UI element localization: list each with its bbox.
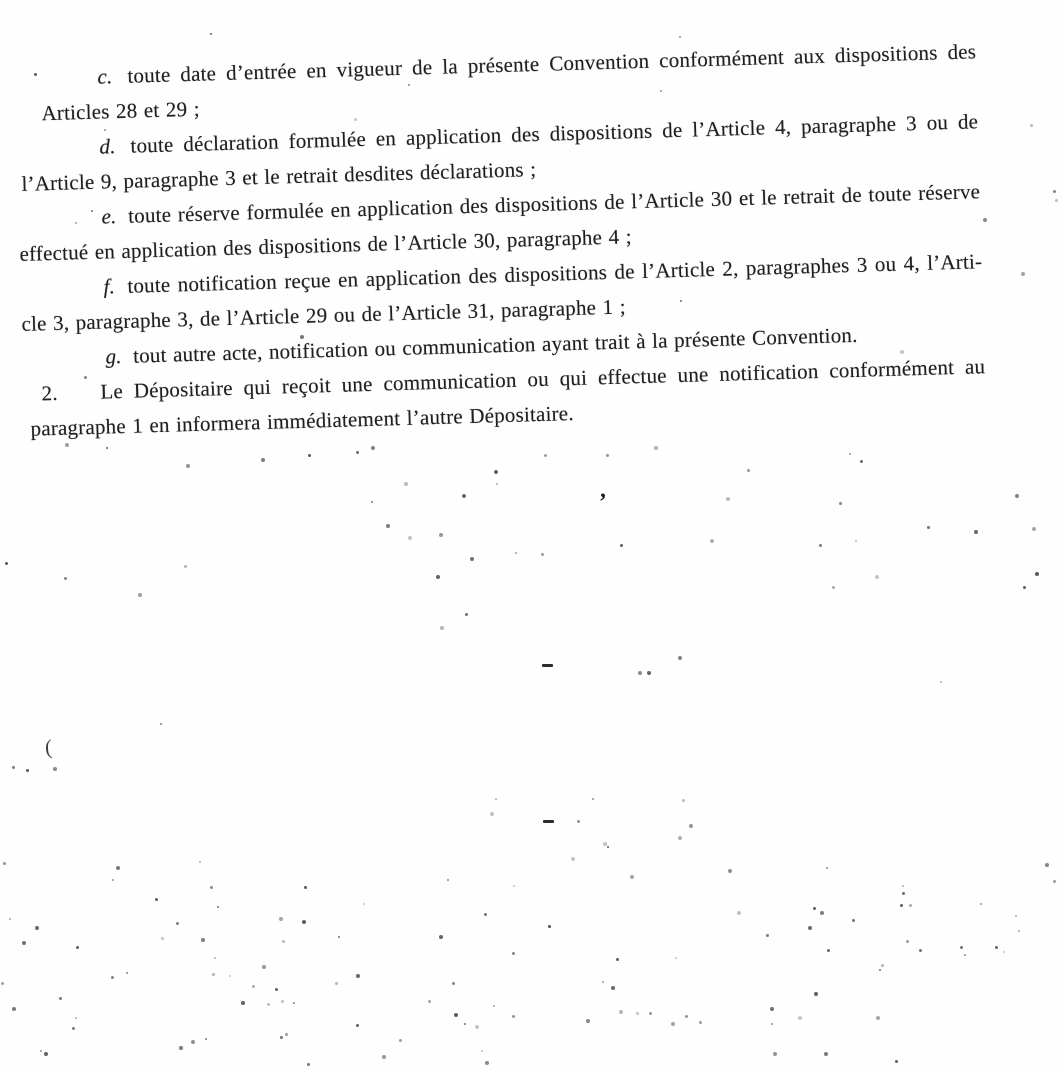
noise-speck (849, 453, 851, 455)
noise-speck (548, 925, 551, 928)
noise-speck (1055, 199, 1058, 202)
noise-speck (490, 812, 494, 816)
noise-speck (440, 626, 444, 630)
noise-speck (302, 920, 306, 924)
noise-speck (654, 446, 658, 450)
noise-speck (909, 904, 912, 907)
noise-speck (307, 1063, 310, 1066)
stray-dash-mark (543, 820, 554, 823)
noise-speck (293, 1002, 295, 1004)
noise-speck (611, 986, 615, 990)
noise-speck (900, 350, 904, 354)
noise-speck (808, 926, 812, 930)
noise-speck (726, 497, 730, 501)
noise-speck (819, 544, 822, 547)
noise-speck (638, 671, 642, 675)
noise-speck (495, 798, 497, 800)
noise-speck (895, 1060, 898, 1063)
noise-speck (436, 575, 440, 579)
noise-speck (428, 1000, 431, 1003)
noise-speck (65, 443, 69, 447)
noise-speck (630, 875, 634, 879)
noise-speck (680, 300, 682, 302)
noise-speck (607, 846, 609, 848)
noise-speck (544, 454, 547, 457)
noise-speck (699, 1021, 702, 1024)
stray-apostrophe-mark: ’ (599, 490, 607, 513)
noise-speck (766, 934, 769, 937)
noise-speck (454, 1013, 458, 1017)
noise-speck (59, 997, 62, 1000)
noise-speck (940, 681, 942, 683)
noise-speck (813, 907, 816, 910)
noise-speck (577, 820, 580, 823)
noise-speck (176, 922, 179, 925)
noise-speck (35, 926, 39, 930)
noise-speck (161, 937, 164, 940)
noise-speck (927, 526, 930, 529)
noise-speck (1003, 951, 1005, 953)
noise-speck (980, 903, 982, 905)
stray-parenthesis-mark: ( (44, 737, 52, 758)
noise-speck (852, 919, 855, 922)
noise-speck (606, 454, 609, 457)
noise-speck (53, 767, 57, 771)
list-item-marker: c. (97, 64, 113, 88)
noise-speck (1018, 930, 1020, 932)
noise-speck (12, 766, 15, 769)
noise-speck (304, 886, 307, 889)
noise-speck (275, 988, 278, 991)
noise-speck (902, 892, 905, 895)
noise-speck (212, 973, 215, 976)
noise-speck (338, 936, 340, 938)
noise-speck (399, 1039, 402, 1042)
noise-speck (814, 992, 818, 996)
noise-speck (431, 240, 433, 242)
noise-speck (72, 1027, 75, 1030)
noise-speck (592, 798, 594, 800)
noise-speck (452, 982, 455, 985)
text-run: Articles 28 et 29 ; (41, 97, 200, 126)
noise-speck (728, 869, 732, 873)
noise-speck (493, 1005, 495, 1007)
noise-speck (261, 458, 265, 462)
noise-speck (155, 898, 158, 901)
noise-speck (447, 879, 449, 881)
noise-speck (737, 911, 741, 915)
noise-speck (824, 1052, 828, 1056)
noise-speck (475, 1025, 479, 1029)
noise-speck (919, 949, 922, 952)
noise-speck (649, 1012, 652, 1015)
noise-speck (660, 90, 662, 92)
noise-speck (282, 940, 285, 943)
list-item-marker: f. (103, 274, 115, 298)
noise-speck (363, 903, 365, 905)
noise-speck (839, 502, 842, 505)
noise-speck (960, 946, 963, 949)
document-text-block: c. toute date d’entrée en vigueur de la … (14, 34, 987, 447)
noise-speck (879, 969, 881, 971)
noise-speck (44, 1052, 48, 1056)
noise-speck (75, 1017, 77, 1019)
noise-speck (160, 723, 162, 725)
noise-speck (5, 562, 8, 565)
noise-speck (616, 958, 619, 961)
noise-speck (541, 553, 544, 556)
noise-speck (285, 1033, 288, 1036)
noise-speck (773, 1052, 777, 1056)
noise-speck (689, 824, 693, 828)
noise-speck (76, 946, 79, 949)
list-item-marker: e. (101, 204, 117, 228)
list-item-marker: d. (99, 134, 116, 158)
noise-speck (104, 129, 106, 131)
noise-speck (571, 857, 575, 861)
noise-speck (832, 586, 835, 589)
noise-speck (281, 1000, 284, 1003)
stray-dash-mark (542, 664, 553, 667)
noise-speck (335, 982, 338, 985)
noise-speck (116, 866, 120, 870)
noise-speck (439, 935, 443, 939)
noise-speck (1015, 915, 1017, 917)
noise-speck (465, 613, 468, 616)
noise-speck (205, 1038, 207, 1040)
noise-speck (995, 946, 998, 949)
noise-speck (685, 1015, 688, 1018)
noise-speck (675, 957, 677, 959)
noise-speck (75, 222, 77, 224)
noise-speck (9, 918, 11, 920)
noise-speck (770, 1007, 774, 1011)
noise-speck (1, 982, 4, 985)
noise-speck (404, 482, 408, 486)
noise-speck (826, 867, 828, 869)
noise-speck (184, 565, 187, 568)
noise-speck (408, 84, 410, 86)
noise-speck (974, 530, 978, 534)
noise-speck (371, 446, 375, 450)
noise-speck (636, 1012, 639, 1015)
noise-speck (513, 885, 515, 887)
noise-speck (64, 577, 67, 580)
noise-speck (747, 469, 750, 472)
noise-speck (354, 118, 357, 121)
noise-speck (906, 940, 909, 943)
noise-speck (771, 1023, 773, 1025)
noise-speck (484, 913, 487, 916)
noise-speck (464, 1023, 466, 1025)
noise-speck (34, 73, 37, 76)
noise-speck (210, 886, 213, 889)
noise-speck (40, 1050, 42, 1052)
noise-speck (881, 964, 884, 967)
noise-speck (876, 1016, 880, 1020)
noise-speck (481, 1050, 483, 1052)
noise-speck (22, 941, 26, 945)
noise-speck (186, 464, 190, 468)
noise-speck (279, 917, 283, 921)
noise-speck (382, 1055, 386, 1059)
noise-speck (512, 952, 515, 955)
list-item-marker: g. (105, 344, 122, 368)
noise-speck (356, 1024, 359, 1027)
noise-speck (439, 533, 443, 537)
noise-speck (138, 593, 142, 597)
noise-speck (1053, 190, 1056, 193)
noise-speck (126, 972, 128, 974)
noise-speck (679, 36, 681, 38)
noise-speck (300, 335, 304, 339)
noise-speck (1053, 880, 1056, 883)
noise-speck (26, 769, 29, 772)
noise-speck (12, 1007, 16, 1011)
noise-speck (964, 954, 966, 956)
noise-speck (586, 1019, 590, 1023)
noise-speck (112, 879, 114, 881)
noise-speck (252, 985, 255, 988)
noise-speck (386, 524, 390, 528)
noise-speck (470, 557, 474, 561)
noise-speck (217, 906, 219, 908)
noise-speck (179, 1046, 183, 1050)
noise-speck (262, 965, 266, 969)
noise-speck (111, 976, 114, 979)
noise-speck (855, 540, 857, 542)
noise-speck (619, 1010, 623, 1014)
noise-speck (191, 1040, 195, 1044)
noise-speck (210, 33, 212, 35)
noise-speck (602, 981, 604, 983)
noise-speck (682, 799, 685, 802)
noise-speck (820, 911, 824, 915)
noise-speck (647, 671, 651, 675)
noise-speck (1023, 586, 1026, 589)
noise-speck (1032, 527, 1036, 531)
noise-speck (515, 552, 517, 554)
noise-speck (496, 483, 498, 485)
noise-speck (900, 904, 903, 907)
noise-speck (710, 539, 714, 543)
scanned-document-page: c. toute date d’entrée en vigueur de la … (0, 0, 1064, 1070)
noise-speck (678, 836, 682, 840)
noise-speck (199, 861, 201, 863)
noise-speck (1021, 272, 1025, 276)
noise-speck (827, 949, 830, 952)
noise-speck (356, 451, 359, 454)
noise-speck (671, 1022, 675, 1026)
noise-speck (494, 470, 498, 474)
noise-speck (678, 656, 682, 660)
noise-speck (860, 460, 863, 463)
noise-speck (201, 938, 205, 942)
noise-speck (3, 862, 6, 865)
noise-speck (267, 1003, 270, 1006)
noise-speck (620, 544, 623, 547)
noise-speck (875, 575, 879, 579)
noise-speck (512, 1015, 515, 1018)
noise-speck (798, 1016, 802, 1020)
noise-speck (84, 376, 87, 379)
noise-speck (1045, 863, 1049, 867)
noise-speck (1015, 494, 1019, 498)
noise-speck (902, 885, 904, 887)
noise-speck (1030, 124, 1033, 127)
noise-speck (462, 494, 466, 498)
noise-speck (356, 974, 360, 978)
noise-speck (408, 536, 412, 540)
noise-speck (106, 447, 108, 449)
noise-speck (91, 210, 93, 212)
noise-speck (308, 454, 311, 457)
noise-speck (241, 1001, 245, 1005)
noise-speck (1035, 572, 1039, 576)
noise-speck (229, 975, 231, 977)
noise-speck (214, 957, 216, 959)
noise-speck (983, 218, 987, 222)
noise-speck (280, 1036, 283, 1039)
noise-speck (371, 501, 373, 503)
noise-speck (485, 1061, 489, 1065)
list-item-marker: 2. (23, 375, 90, 412)
